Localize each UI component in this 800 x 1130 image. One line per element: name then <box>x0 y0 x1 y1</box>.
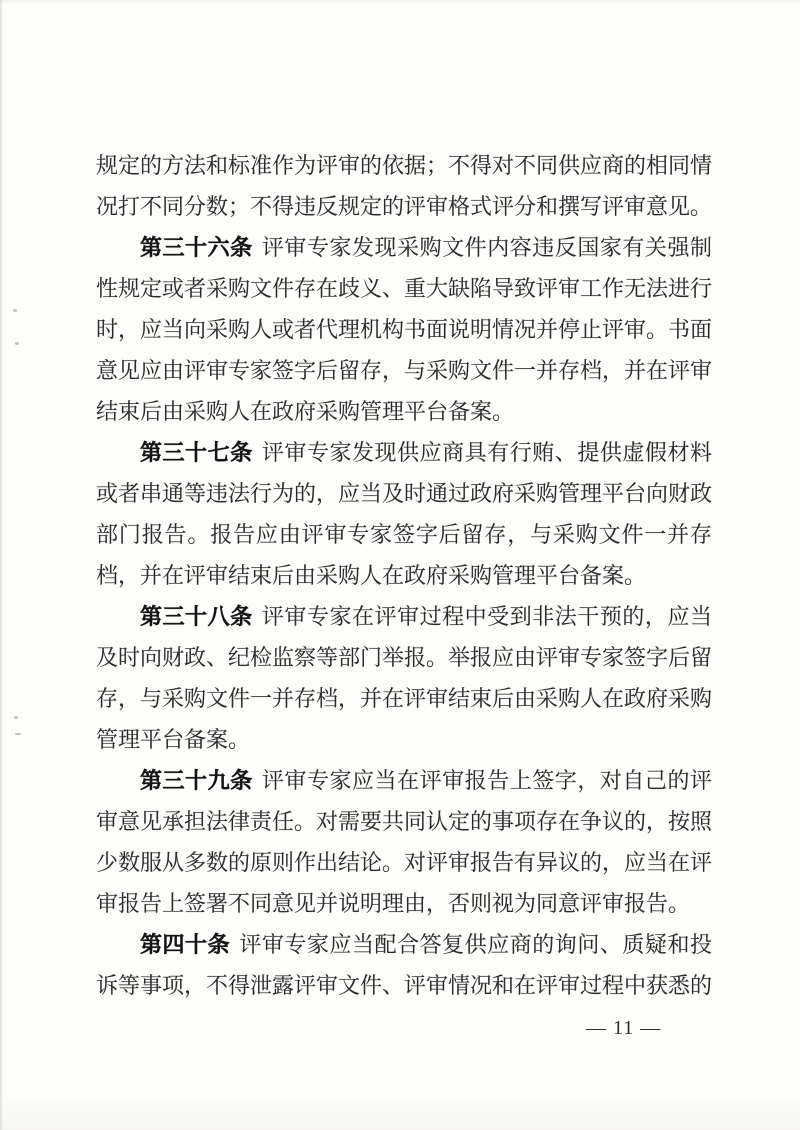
scan-speckle <box>15 733 21 735</box>
paragraph-article-39: 第三十九条评审专家应当在评审报告上签字，对自己的评审意见承担法律责任。对需要共同… <box>96 760 712 924</box>
paragraph-article-36: 第三十六条评审专家发现采购文件内容违反国家有关强制性规定或者采购文件存在歧义、重… <box>96 227 712 432</box>
scan-speckle <box>14 716 18 719</box>
article-36-number: 第三十六条 <box>140 235 253 260</box>
paragraph-article-37: 第三十七条评审专家发现供应商具有行贿、提供虚假材料或者串通等违法行为的，应当及时… <box>96 432 712 596</box>
article-37-number: 第三十七条 <box>140 440 253 465</box>
article-38-number: 第三十八条 <box>140 604 253 629</box>
scan-edge-bottom <box>0 1090 800 1130</box>
paragraph-article-38: 第三十八条评审专家在评审过程中受到非法干预的，应当及时向财政、纪检监察等部门举报… <box>96 596 712 760</box>
scan-speckle <box>15 342 19 345</box>
scan-edge-top <box>0 0 800 4</box>
scan-edge-left <box>0 0 3 1130</box>
article-39-number: 第三十九条 <box>140 768 253 793</box>
page-number: — 11 — <box>586 1014 676 1042</box>
article-36-body: 评审专家发现采购文件内容违反国家有关强制性规定或者采购文件存在歧义、重大缺陷导致… <box>96 235 712 424</box>
document-page: 规定的方法和标准作为评审的依据；不得对不同供应商的相同情况打不同分数；不得违反规… <box>96 145 712 1006</box>
paragraph-article-40: 第四十条评审专家应当配合答复供应商的询问、质疑和投诉等事项，不得泄露评审文件、评… <box>96 924 712 1006</box>
paragraph-continuation: 规定的方法和标准作为评审的依据；不得对不同供应商的相同情况打不同分数；不得违反规… <box>96 145 712 227</box>
scan-speckle <box>13 309 17 312</box>
article-40-number: 第四十条 <box>140 932 230 957</box>
